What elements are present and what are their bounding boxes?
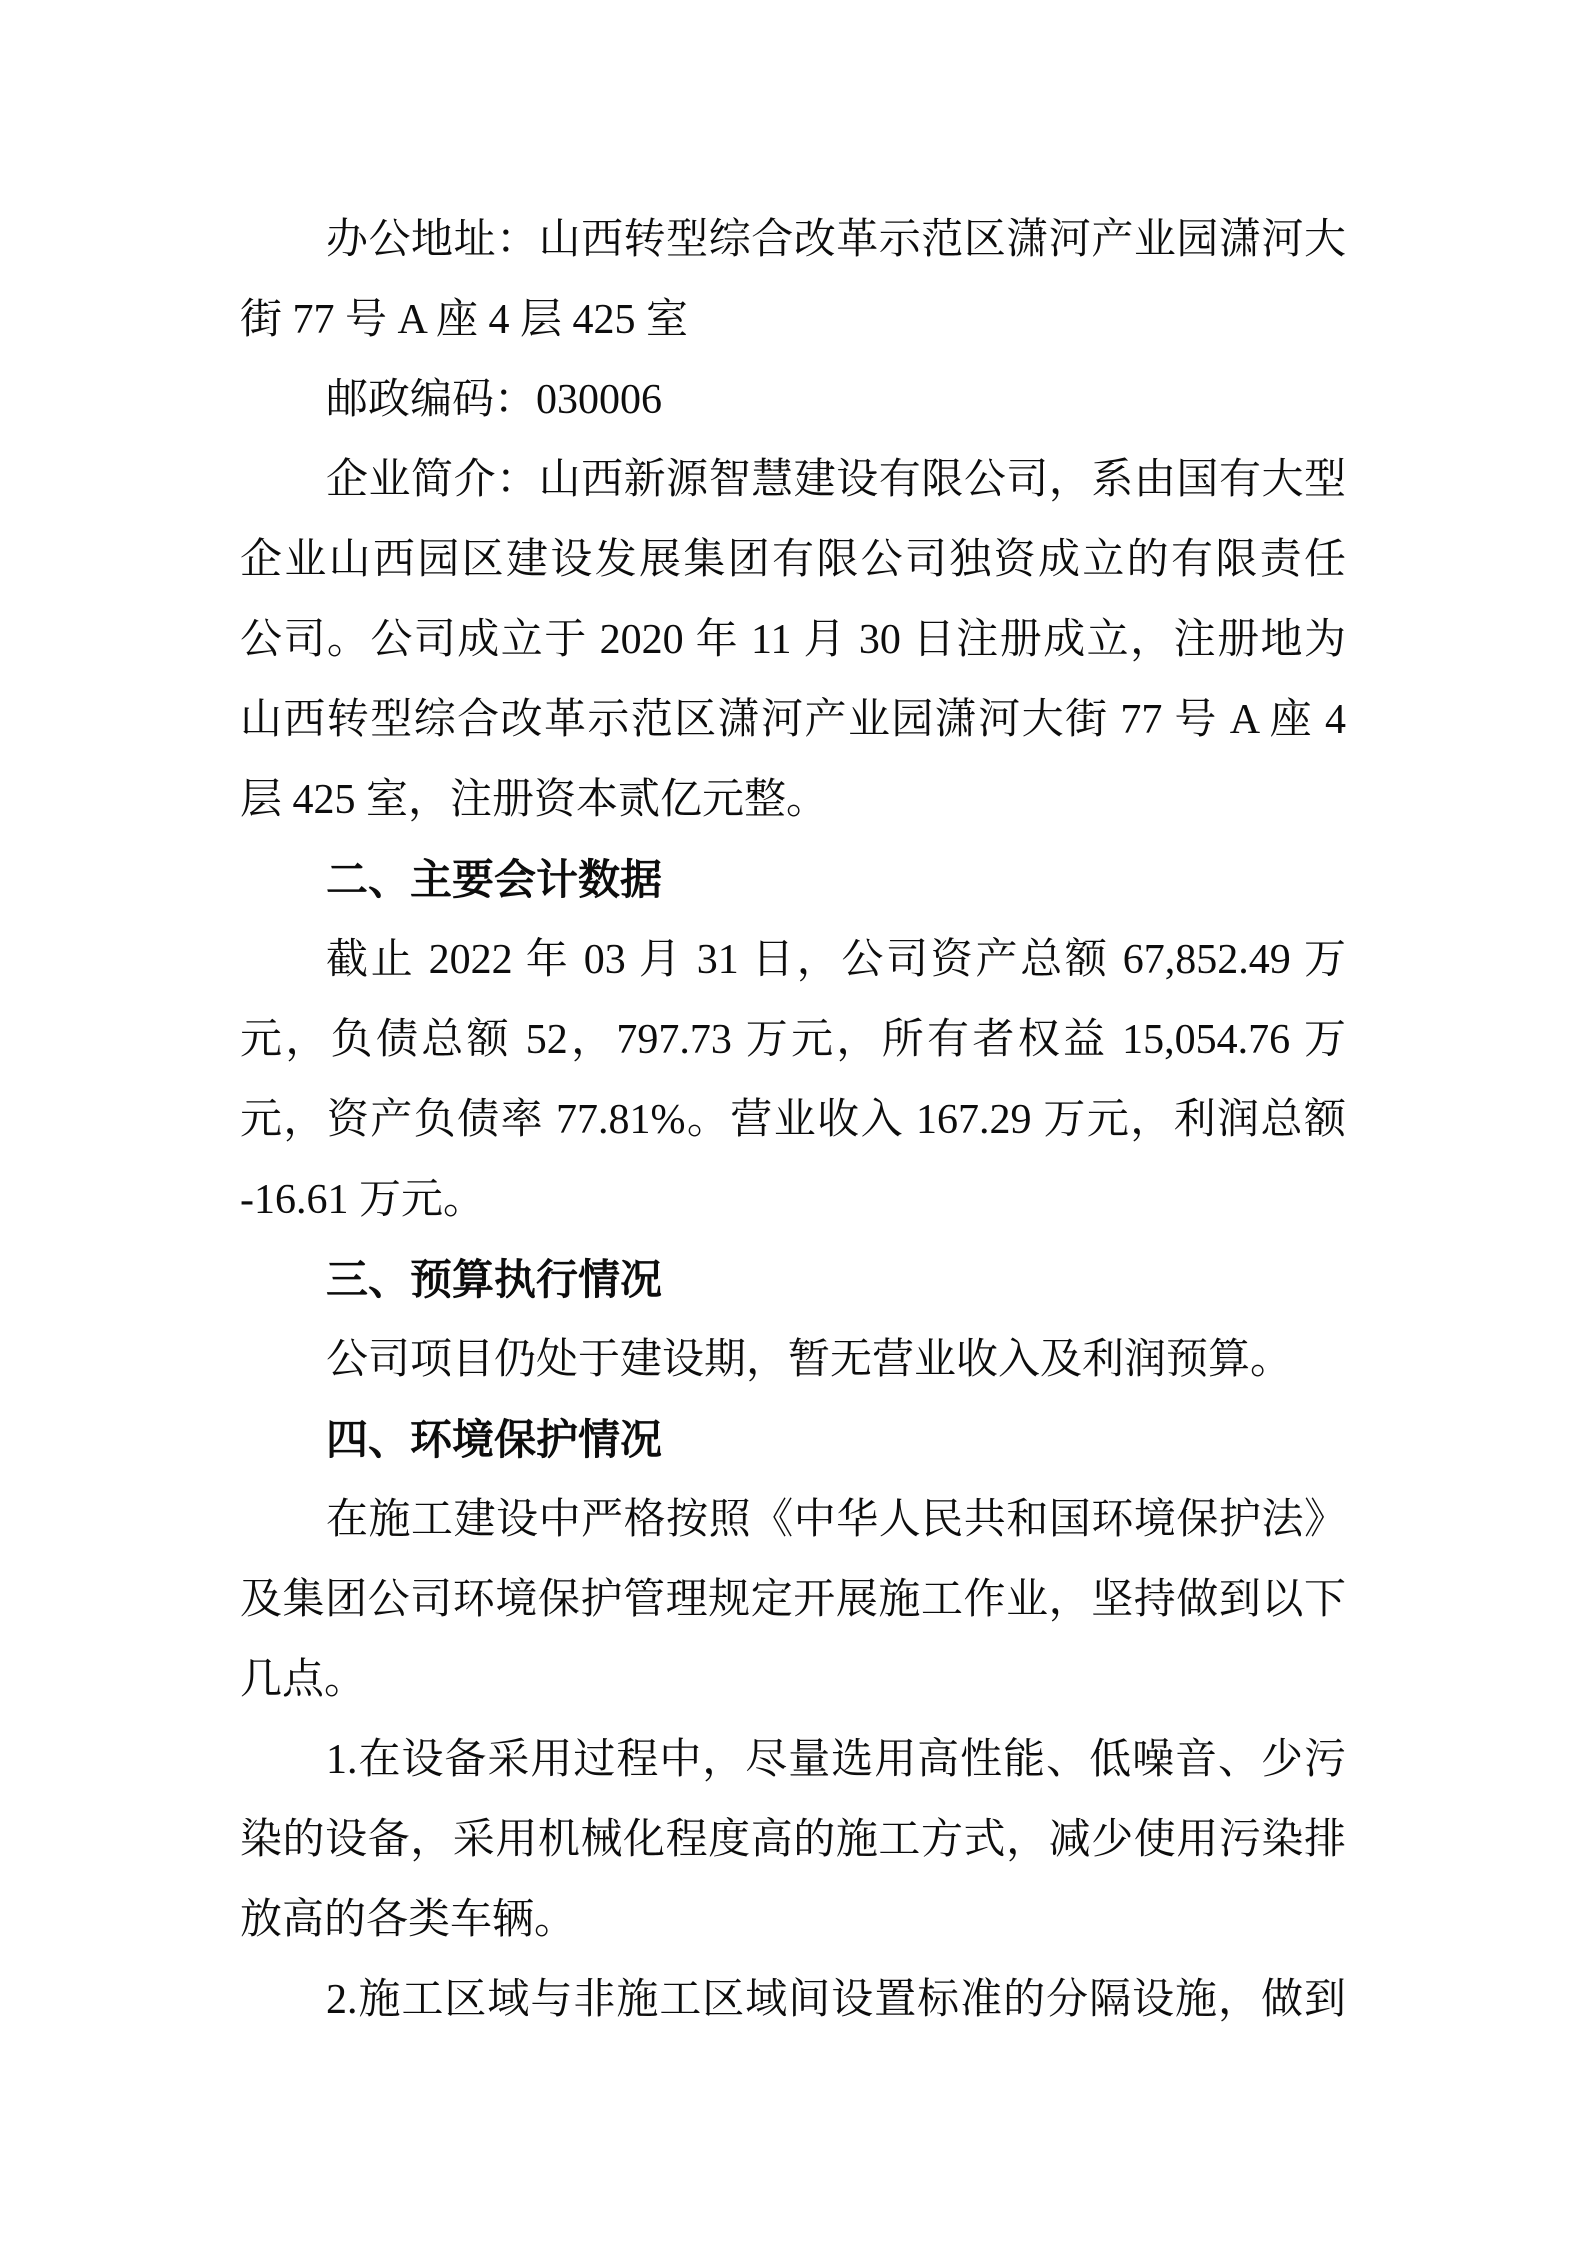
environment-point-1-paragraph: 1.在设备采用过程中，尽量选用高性能、低噪音、少污染的设备，采用机械化程度高的施… [240, 1720, 1346, 1960]
text-line: 元，资产负债率 77.81%。营业收入 167.29 万元，利润总额 [240, 1080, 1346, 1160]
text-line: 公司。公司成立于 2020 年 11 月 30 日注册成立，注册地为 [240, 600, 1346, 680]
section-heading-text: 四、环境保护情况 [240, 1400, 1346, 1480]
text-line: 街 77 号 A 座 4 层 425 室 [240, 280, 1346, 360]
text-line: -16.61 万元。 [240, 1160, 1346, 1240]
text-line: 元，负债总额 52，797.73 万元，所有者权益 15,054.76 万 [240, 1000, 1346, 1080]
text-line: 在施工建设中严格按照《中华人民共和国环境保护法》 [240, 1480, 1346, 1560]
document-body: 办公地址：山西转型综合改革示范区潇河产业园潇河大街 77 号 A 座 4 层 4… [240, 200, 1346, 2040]
text-line: 山西转型综合改革示范区潇河产业园潇河大街 77 号 A 座 4 [240, 680, 1346, 760]
section-heading-3: 三、预算执行情况 [240, 1240, 1346, 1320]
section-heading-2: 二、主要会计数据 [240, 840, 1346, 920]
text-line: 几点。 [240, 1640, 1346, 1720]
section-heading-text: 三、预算执行情况 [240, 1240, 1346, 1320]
text-line: 1.在设备采用过程中，尽量选用高性能、低噪音、少污 [240, 1720, 1346, 1800]
text-line: 截止 2022 年 03 月 31 日，公司资产总额 67,852.49 万 [240, 920, 1346, 1000]
text-line: 办公地址：山西转型综合改革示范区潇河产业园潇河大 [240, 200, 1346, 280]
document-page: 办公地址：山西转型综合改革示范区潇河产业园潇河大街 77 号 A 座 4 层 4… [0, 0, 1587, 2245]
company-profile-paragraph: 企业简介：山西新源智慧建设有限公司，系由国有大型企业山西园区建设发展集团有限公司… [240, 440, 1346, 840]
text-line: 企业山西园区建设发展集团有限公司独资成立的有限责任 [240, 520, 1346, 600]
text-line: 企业简介：山西新源智慧建设有限公司，系由国有大型 [240, 440, 1346, 520]
environment-intro-paragraph: 在施工建设中严格按照《中华人民共和国环境保护法》及集团公司环境保护管理规定开展施… [240, 1480, 1346, 1720]
text-line: 2.施工区域与非施工区域间设置标准的分隔设施，做到 [240, 1960, 1346, 2040]
section-heading-4: 四、环境保护情况 [240, 1400, 1346, 1480]
environment-point-2-paragraph: 2.施工区域与非施工区域间设置标准的分隔设施，做到 [240, 1960, 1346, 2040]
accounting-data-paragraph: 截止 2022 年 03 月 31 日，公司资产总额 67,852.49 万元，… [240, 920, 1346, 1240]
text-line: 邮政编码：030006 [240, 360, 1346, 440]
text-line: 层 425 室，注册资本贰亿元整。 [240, 760, 1346, 840]
budget-execution-paragraph: 公司项目仍处于建设期，暂无营业收入及利润预算。 [240, 1320, 1346, 1400]
text-line: 公司项目仍处于建设期，暂无营业收入及利润预算。 [240, 1320, 1346, 1400]
text-line: 及集团公司环境保护管理规定开展施工作业，坚持做到以下 [240, 1560, 1346, 1640]
text-line: 染的设备，采用机械化程度高的施工方式，减少使用污染排 [240, 1800, 1346, 1880]
office-address-paragraph: 办公地址：山西转型综合改革示范区潇河产业园潇河大街 77 号 A 座 4 层 4… [240, 200, 1346, 360]
text-line: 放高的各类车辆。 [240, 1880, 1346, 1960]
postal-code-paragraph: 邮政编码：030006 [240, 360, 1346, 440]
section-heading-text: 二、主要会计数据 [240, 840, 1346, 920]
